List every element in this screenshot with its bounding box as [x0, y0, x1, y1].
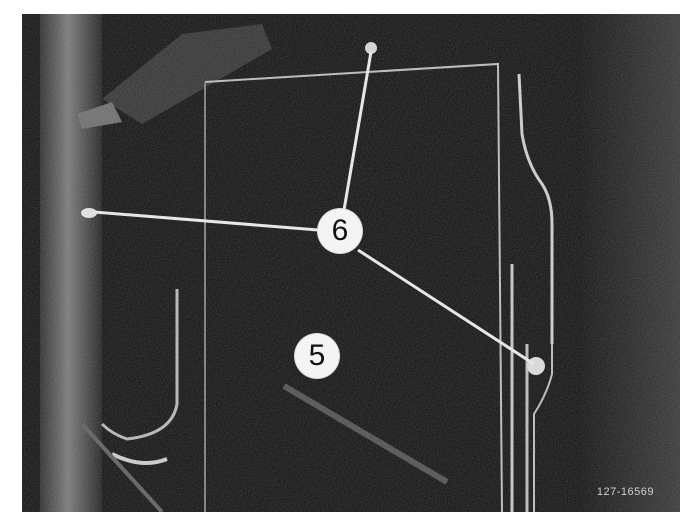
callout-5: 5	[295, 334, 339, 378]
callout-6: 6	[318, 209, 362, 253]
door-panel-photo: 6 5 127-16569	[22, 14, 680, 512]
photo-scene	[22, 14, 680, 512]
figure-reference-number: 127-16569	[597, 486, 654, 498]
